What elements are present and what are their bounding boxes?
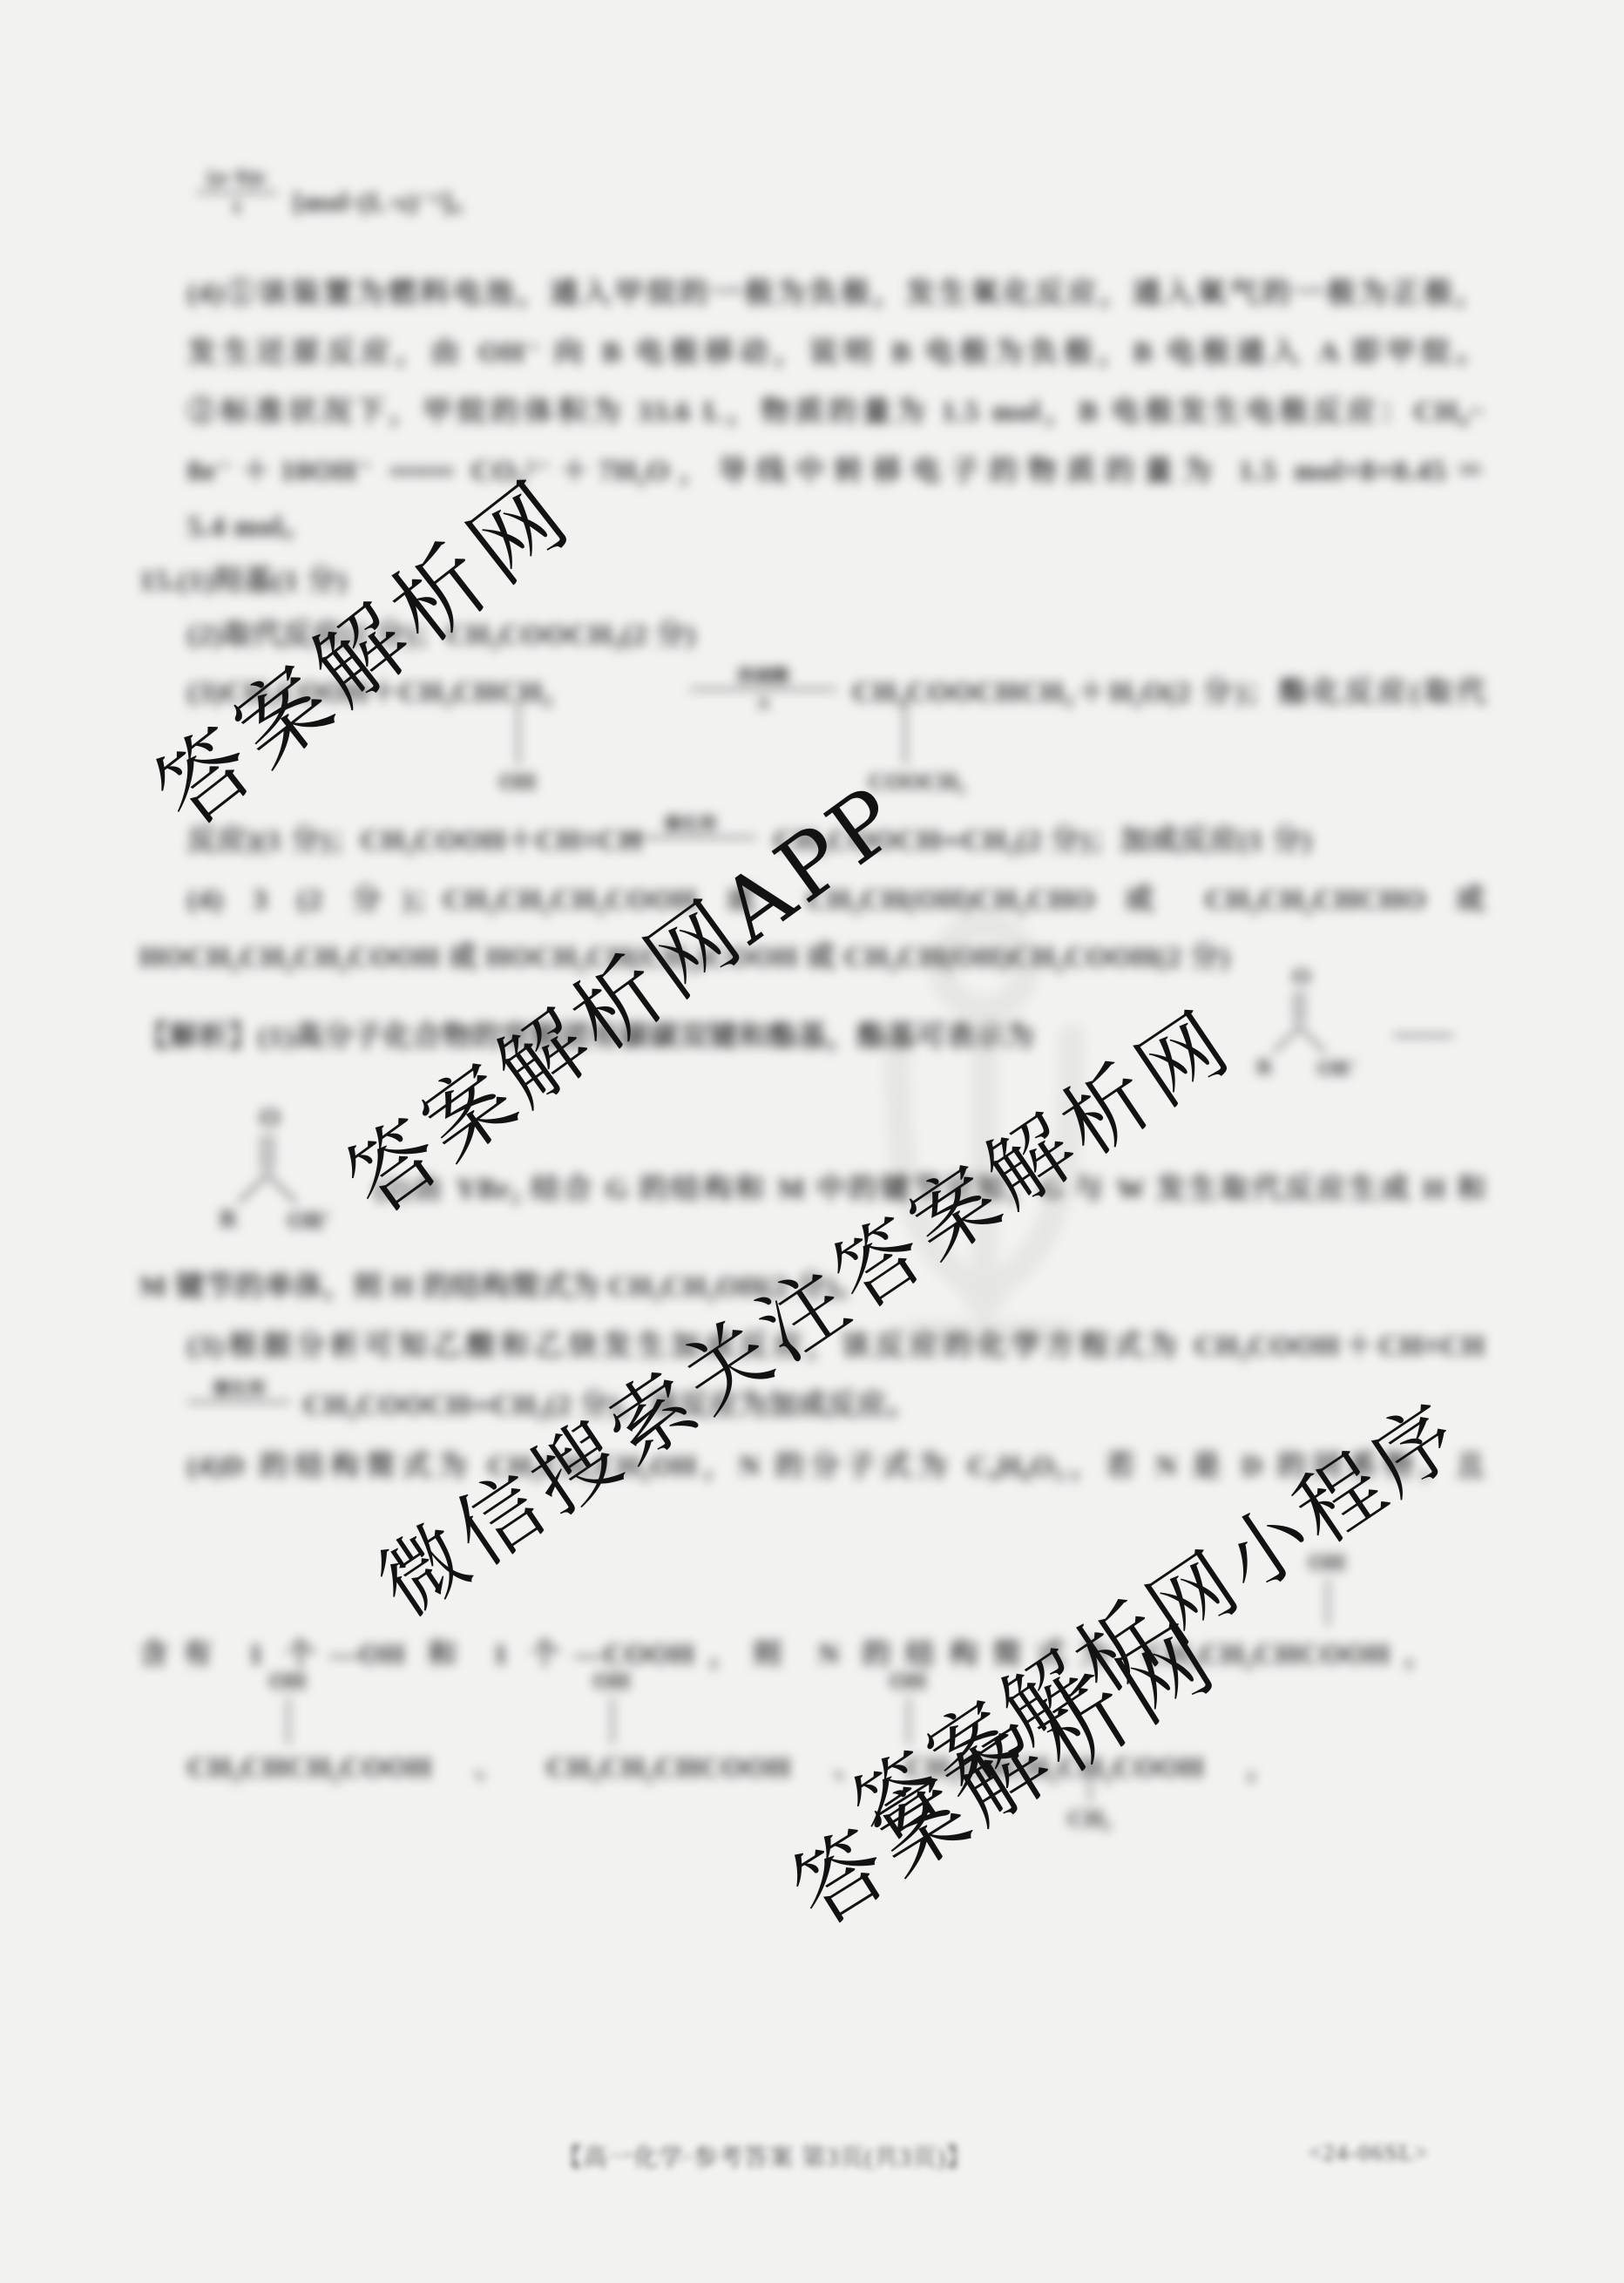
footer-layer: 【高一化学·参考答案 第3页(共3页)】 <24-06SL> xyxy=(0,0,1624,2283)
footer-paper-code: <24-06SL> xyxy=(1309,2140,1429,2166)
answer-sheet-page: (a−b)c t [mol·(L·s)⁻¹]。 (4)①该装置为燃料电池，通入甲… xyxy=(0,0,1624,2283)
footer-page-title: 【高一化学·参考答案 第3页(共3页)】 xyxy=(558,2138,971,2173)
